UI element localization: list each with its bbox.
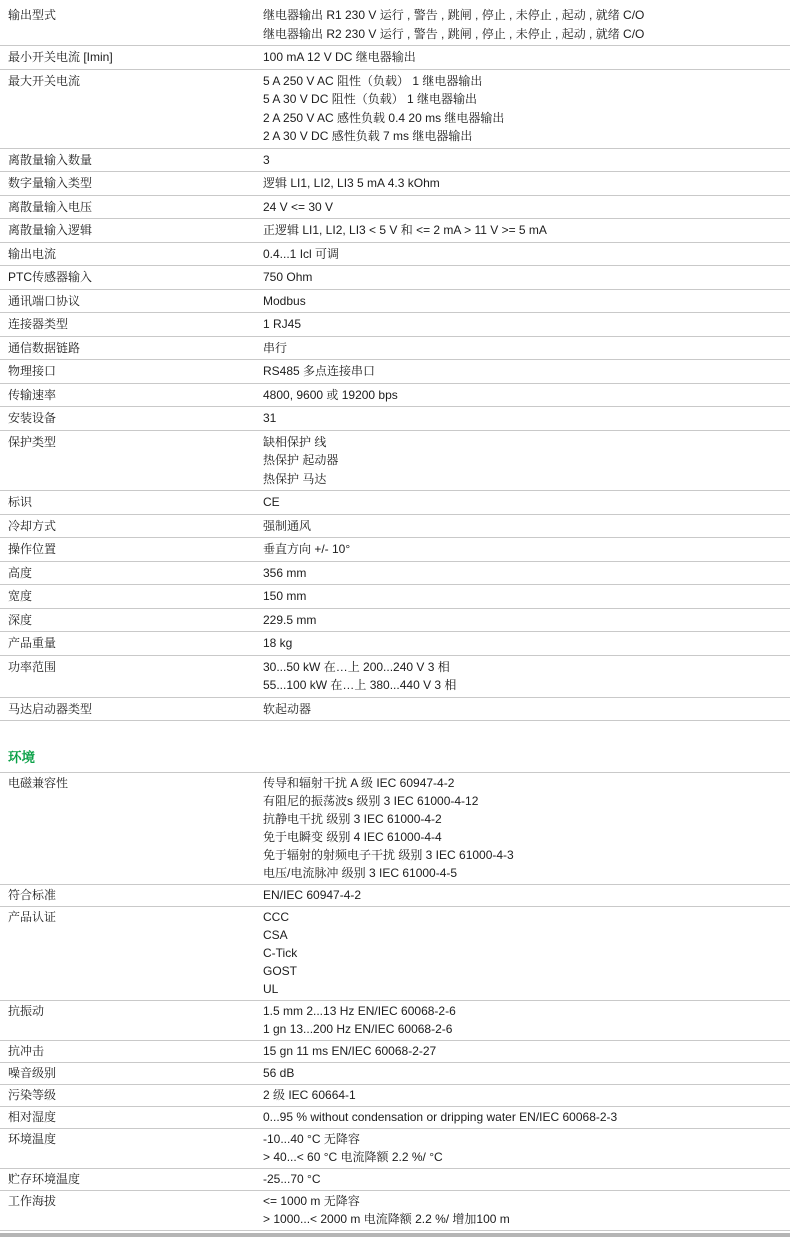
spec-row-label: 污染等级 bbox=[0, 1086, 263, 1104]
spec-row-label: 保护类型 bbox=[0, 433, 263, 452]
environment-section-header: 环境 bbox=[0, 748, 790, 773]
spec-value-line: 31 bbox=[263, 409, 784, 428]
spec-row-values: 串行 bbox=[263, 339, 790, 358]
spec-row-label: 输出型式 bbox=[0, 6, 263, 25]
spec-value-line: 逻辑 LI1, LI2, LI3 5 mA 4.3 kOhm bbox=[263, 174, 784, 193]
spec-row: 离散量输入逻辑正逻辑 LI1, LI2, LI3 < 5 V 和 <= 2 mA… bbox=[0, 219, 790, 243]
spec-row-values: -10...40 °C 无降容> 40...< 60 °C 电流降额 2.2 %… bbox=[263, 1130, 790, 1166]
spec-row: 高度356 mm bbox=[0, 562, 790, 586]
spec-row: 输出电流0.4...1 Icl 可调 bbox=[0, 243, 790, 267]
spec-row: 电磁兼容性传导和辐射干扰 A 级 IEC 60947-4-2有阻尼的振荡波s 级… bbox=[0, 773, 790, 885]
spec-row-values: 18 kg bbox=[263, 634, 790, 653]
spec-row-label: 连接器类型 bbox=[0, 315, 263, 334]
spec-value-line: 56 dB bbox=[263, 1064, 784, 1082]
spec-row-values: 1.5 mm 2...13 Hz EN/IEC 60068-2-61 gn 13… bbox=[263, 1002, 790, 1038]
spec-value-line: CSA bbox=[263, 926, 784, 944]
spec-value-line: RS485 多点连接串口 bbox=[263, 362, 784, 381]
spec-row-label: 最小开关电流 [Imin] bbox=[0, 48, 263, 67]
spec-value-line: 750 Ohm bbox=[263, 268, 784, 287]
spec-row-values: -25...70 °C bbox=[263, 1170, 790, 1188]
spec-row: 通信数据链路串行 bbox=[0, 337, 790, 361]
spec-row: 离散量输入电压24 V <= 30 V bbox=[0, 196, 790, 220]
spec-row: 功率范围30...50 kW 在…上 200...240 V 3 相55...1… bbox=[0, 656, 790, 698]
spec-value-line: 150 mm bbox=[263, 587, 784, 606]
spec-value-line: 正逻辑 LI1, LI2, LI3 < 5 V 和 <= 2 mA > 11 V… bbox=[263, 221, 784, 240]
spec-value-line: C-Tick bbox=[263, 944, 784, 962]
spec-row-label: 符合标准 bbox=[0, 886, 263, 904]
spec-row-label: 工作海拔 bbox=[0, 1192, 263, 1210]
spec-row-values: 缺相保护 线热保护 起动器热保护 马达 bbox=[263, 433, 790, 489]
spec-row: PTC传感器输入750 Ohm bbox=[0, 266, 790, 290]
spec-row-label: 通信数据链路 bbox=[0, 339, 263, 358]
spec-row: 操作位置垂直方向 +/- 10° bbox=[0, 538, 790, 562]
spec-value-line: 4800, 9600 或 19200 bps bbox=[263, 386, 784, 405]
spec-row-values: 24 V <= 30 V bbox=[263, 198, 790, 217]
spec-row-label: 抗振动 bbox=[0, 1002, 263, 1020]
spec-row-label: 离散量输入电压 bbox=[0, 198, 263, 217]
spec-value-line: 热保护 起动器 bbox=[263, 451, 784, 470]
spec-row-label: 输出电流 bbox=[0, 245, 263, 264]
spec-row-label: 安装设备 bbox=[0, 409, 263, 428]
spec-row-label: 标识 bbox=[0, 493, 263, 512]
spec-row: 污染等级2 级 IEC 60664-1 bbox=[0, 1085, 790, 1107]
spec-row-label: PTC传感器输入 bbox=[0, 268, 263, 287]
spec-row: 最小开关电流 [Imin]100 mA 12 V DC 继电器输出 bbox=[0, 46, 790, 70]
spec-row-label: 最大开关电流 bbox=[0, 72, 263, 91]
spec-value-line: -25...70 °C bbox=[263, 1170, 784, 1188]
spec-row: 连接器类型1 RJ45 bbox=[0, 313, 790, 337]
spec-row-values: 356 mm bbox=[263, 564, 790, 583]
spec-row: 相对湿度0...95 % without condensation or dri… bbox=[0, 1107, 790, 1129]
spec-value-line: 2 A 250 V AC 感性负载 0.4 20 ms 继电器输出 bbox=[263, 109, 784, 128]
spec-row-label: 数字量输入类型 bbox=[0, 174, 263, 193]
spec-row-values: 30...50 kW 在…上 200...240 V 3 相55...100 k… bbox=[263, 658, 790, 695]
spec-row-values: 100 mA 12 V DC 继电器输出 bbox=[263, 48, 790, 67]
spec-row-values: 1 RJ45 bbox=[263, 315, 790, 334]
spec-row: 离散量输入数量3 bbox=[0, 149, 790, 173]
spec-row-values: 强制通风 bbox=[263, 517, 790, 536]
spec-row-label: 产品认证 bbox=[0, 908, 263, 926]
spec-row-values: EN/IEC 60947-4-2 bbox=[263, 886, 790, 904]
spec-value-line: 55...100 kW 在…上 380...440 V 3 相 bbox=[263, 676, 784, 695]
spec-row: 宽度150 mm bbox=[0, 585, 790, 609]
spec-row-values: 5 A 250 V AC 阻性（负载） 1 继电器输出5 A 30 V DC 阻… bbox=[263, 72, 790, 146]
spec-value-line: 热保护 马达 bbox=[263, 470, 784, 489]
spec-row-label: 相对湿度 bbox=[0, 1108, 263, 1126]
spec-row-values: 软起动器 bbox=[263, 700, 790, 719]
spec-row-values: 31 bbox=[263, 409, 790, 428]
spec-value-line: 强制通风 bbox=[263, 517, 784, 536]
spec-row: 保护类型缺相保护 线热保护 起动器热保护 马达 bbox=[0, 431, 790, 492]
spec-value-line: -10...40 °C 无降容 bbox=[263, 1130, 784, 1148]
spec-row-label: 高度 bbox=[0, 564, 263, 583]
spec-table-main: 输出型式继电器输出 R1 230 V 运行 , 警告 , 跳闸 , 停止 , 未… bbox=[0, 4, 790, 721]
spec-row-values: 3 bbox=[263, 151, 790, 170]
spec-row-values: 56 dB bbox=[263, 1064, 790, 1082]
spec-row: 标识CE bbox=[0, 491, 790, 515]
spec-value-line: 2 A 30 V DC 感性负载 7 ms 继电器输出 bbox=[263, 127, 784, 146]
spec-row: 冷却方式强制通风 bbox=[0, 515, 790, 539]
spec-value-line: 抗静电干扰 级别 3 IEC 61000-4-2 bbox=[263, 810, 784, 828]
spec-row-values: 0...95 % without condensation or drippin… bbox=[263, 1108, 790, 1126]
spec-row: 输出型式继电器输出 R1 230 V 运行 , 警告 , 跳闸 , 停止 , 未… bbox=[0, 4, 790, 46]
spec-row-label: 通讯端口协议 bbox=[0, 292, 263, 311]
spec-row-values: 4800, 9600 或 19200 bps bbox=[263, 386, 790, 405]
spec-row-label: 马达启动器类型 bbox=[0, 700, 263, 719]
bottom-divider-bar bbox=[0, 1233, 790, 1237]
spec-value-line: 1 RJ45 bbox=[263, 315, 784, 334]
spec-row-label: 电磁兼容性 bbox=[0, 774, 263, 792]
spec-row-values: RS485 多点连接串口 bbox=[263, 362, 790, 381]
spec-value-line: CE bbox=[263, 493, 784, 512]
spec-row: 最大开关电流5 A 250 V AC 阻性（负载） 1 继电器输出5 A 30 … bbox=[0, 70, 790, 149]
spec-row: 安装设备31 bbox=[0, 407, 790, 431]
datasheet-page: 输出型式继电器输出 R1 230 V 运行 , 警告 , 跳闸 , 停止 , 未… bbox=[0, 0, 790, 1237]
spec-row-label: 抗冲击 bbox=[0, 1042, 263, 1060]
spec-row-values: 继电器输出 R1 230 V 运行 , 警告 , 跳闸 , 停止 , 未停止 ,… bbox=[263, 6, 790, 43]
spec-row-values: 正逻辑 LI1, LI2, LI3 < 5 V 和 <= 2 mA > 11 V… bbox=[263, 221, 790, 240]
spec-value-line: 18 kg bbox=[263, 634, 784, 653]
spec-value-line: 356 mm bbox=[263, 564, 784, 583]
spec-row: 传输速率4800, 9600 或 19200 bps bbox=[0, 384, 790, 408]
spec-row-label: 贮存环境温度 bbox=[0, 1170, 263, 1188]
spec-value-line: 30...50 kW 在…上 200...240 V 3 相 bbox=[263, 658, 784, 677]
spec-value-line: 5 A 250 V AC 阻性（负载） 1 继电器输出 bbox=[263, 72, 784, 91]
spec-table-environment: 电磁兼容性传导和辐射干扰 A 级 IEC 60947-4-2有阻尼的振荡波s 级… bbox=[0, 773, 790, 1231]
spec-row: 产品重量18 kg bbox=[0, 632, 790, 656]
spec-row-label: 冷却方式 bbox=[0, 517, 263, 536]
spec-value-line: 1.5 mm 2...13 Hz EN/IEC 60068-2-6 bbox=[263, 1002, 784, 1020]
spec-row-values: CCCCSAC-TickGOSTUL bbox=[263, 908, 790, 998]
spec-value-line: 免于电瞬变 级别 4 IEC 61000-4-4 bbox=[263, 828, 784, 846]
spec-row: 抗振动1.5 mm 2...13 Hz EN/IEC 60068-2-61 gn… bbox=[0, 1001, 790, 1041]
spec-row-values: 传导和辐射干扰 A 级 IEC 60947-4-2有阻尼的振荡波s 级别 3 I… bbox=[263, 774, 790, 882]
spec-row-label: 物理接口 bbox=[0, 362, 263, 381]
spec-row-label: 功率范围 bbox=[0, 658, 263, 677]
spec-row-values: 2 级 IEC 60664-1 bbox=[263, 1086, 790, 1104]
spec-value-line: 垂直方向 +/- 10° bbox=[263, 540, 784, 559]
spec-row-values: CE bbox=[263, 493, 790, 512]
spec-row-label: 传输速率 bbox=[0, 386, 263, 405]
spec-row-values: 150 mm bbox=[263, 587, 790, 606]
spec-value-line: 缺相保护 线 bbox=[263, 433, 784, 452]
spec-value-line: 100 mA 12 V DC 继电器输出 bbox=[263, 48, 784, 67]
spec-row: 马达启动器类型软起动器 bbox=[0, 698, 790, 722]
spec-row: 符合标准EN/IEC 60947-4-2 bbox=[0, 885, 790, 907]
spec-value-line: > 1000...< 2000 m 电流降额 2.2 %/ 增加100 m bbox=[263, 1210, 784, 1228]
spec-row-values: 229.5 mm bbox=[263, 611, 790, 630]
spec-value-line: CCC bbox=[263, 908, 784, 926]
spec-row-label: 宽度 bbox=[0, 587, 263, 606]
spec-row-label: 噪音级别 bbox=[0, 1064, 263, 1082]
spec-row-values: Modbus bbox=[263, 292, 790, 311]
spec-value-line: Modbus bbox=[263, 292, 784, 311]
spec-row-label: 操作位置 bbox=[0, 540, 263, 559]
spec-row-label: 离散量输入数量 bbox=[0, 151, 263, 170]
spec-row-values: 0.4...1 Icl 可调 bbox=[263, 245, 790, 264]
spec-value-line: 电压/电流脉冲 级别 3 IEC 61000-4-5 bbox=[263, 864, 784, 882]
spec-row: 工作海拔<= 1000 m 无降容> 1000...< 2000 m 电流降额 … bbox=[0, 1191, 790, 1231]
spec-row: 产品认证CCCCSAC-TickGOSTUL bbox=[0, 907, 790, 1001]
spec-value-line: 2 级 IEC 60664-1 bbox=[263, 1086, 784, 1104]
spec-value-line: GOST bbox=[263, 962, 784, 980]
spec-row-label: 产品重量 bbox=[0, 634, 263, 653]
spec-value-line: 软起动器 bbox=[263, 700, 784, 719]
spec-row: 通讯端口协议Modbus bbox=[0, 290, 790, 314]
spec-value-line: 继电器输出 R1 230 V 运行 , 警告 , 跳闸 , 停止 , 未停止 ,… bbox=[263, 6, 784, 25]
spec-row: 环境温度-10...40 °C 无降容> 40...< 60 °C 电流降额 2… bbox=[0, 1129, 790, 1169]
spec-row-values: 750 Ohm bbox=[263, 268, 790, 287]
spec-row-label: 深度 bbox=[0, 611, 263, 630]
spec-value-line: 传导和辐射干扰 A 级 IEC 60947-4-2 bbox=[263, 774, 784, 792]
spec-value-line: 3 bbox=[263, 151, 784, 170]
spec-value-line: 229.5 mm bbox=[263, 611, 784, 630]
spec-row: 抗冲击15 gn 11 ms EN/IEC 60068-2-27 bbox=[0, 1041, 790, 1063]
spec-value-line: 24 V <= 30 V bbox=[263, 198, 784, 217]
spec-value-line: <= 1000 m 无降容 bbox=[263, 1192, 784, 1210]
spec-value-line: EN/IEC 60947-4-2 bbox=[263, 886, 784, 904]
spec-value-line: 15 gn 11 ms EN/IEC 60068-2-27 bbox=[263, 1042, 784, 1060]
spec-row: 物理接口RS485 多点连接串口 bbox=[0, 360, 790, 384]
spec-value-line: > 40...< 60 °C 电流降额 2.2 %/ °C bbox=[263, 1148, 784, 1166]
spec-row: 数字量输入类型逻辑 LI1, LI2, LI3 5 mA 4.3 kOhm bbox=[0, 172, 790, 196]
spec-row-label: 环境温度 bbox=[0, 1130, 263, 1148]
spec-row-values: 垂直方向 +/- 10° bbox=[263, 540, 790, 559]
spec-value-line: 5 A 30 V DC 阻性（负载） 1 继电器输出 bbox=[263, 90, 784, 109]
spec-row-values: 逻辑 LI1, LI2, LI3 5 mA 4.3 kOhm bbox=[263, 174, 790, 193]
spec-value-line: 有阻尼的振荡波s 级别 3 IEC 61000-4-12 bbox=[263, 792, 784, 810]
spec-value-line: 免于辐射的射频电子干扰 级别 3 IEC 61000-4-3 bbox=[263, 846, 784, 864]
spec-value-line: 0.4...1 Icl 可调 bbox=[263, 245, 784, 264]
spec-row: 噪音级别56 dB bbox=[0, 1063, 790, 1085]
spec-row: 贮存环境温度-25...70 °C bbox=[0, 1169, 790, 1191]
spec-row: 深度229.5 mm bbox=[0, 609, 790, 633]
spec-row-label: 离散量输入逻辑 bbox=[0, 221, 263, 240]
environment-section-title: 环境 bbox=[8, 750, 35, 765]
spec-value-line: 0...95 % without condensation or drippin… bbox=[263, 1108, 784, 1126]
spec-value-line: UL bbox=[263, 980, 784, 998]
spec-row-values: <= 1000 m 无降容> 1000...< 2000 m 电流降额 2.2 … bbox=[263, 1192, 790, 1228]
spec-row-values: 15 gn 11 ms EN/IEC 60068-2-27 bbox=[263, 1042, 790, 1060]
spec-value-line: 1 gn 13...200 Hz EN/IEC 60068-2-6 bbox=[263, 1020, 784, 1038]
spec-value-line: 串行 bbox=[263, 339, 784, 358]
spec-value-line: 继电器输出 R2 230 V 运行 , 警告 , 跳闸 , 停止 , 未停止 ,… bbox=[263, 25, 784, 44]
